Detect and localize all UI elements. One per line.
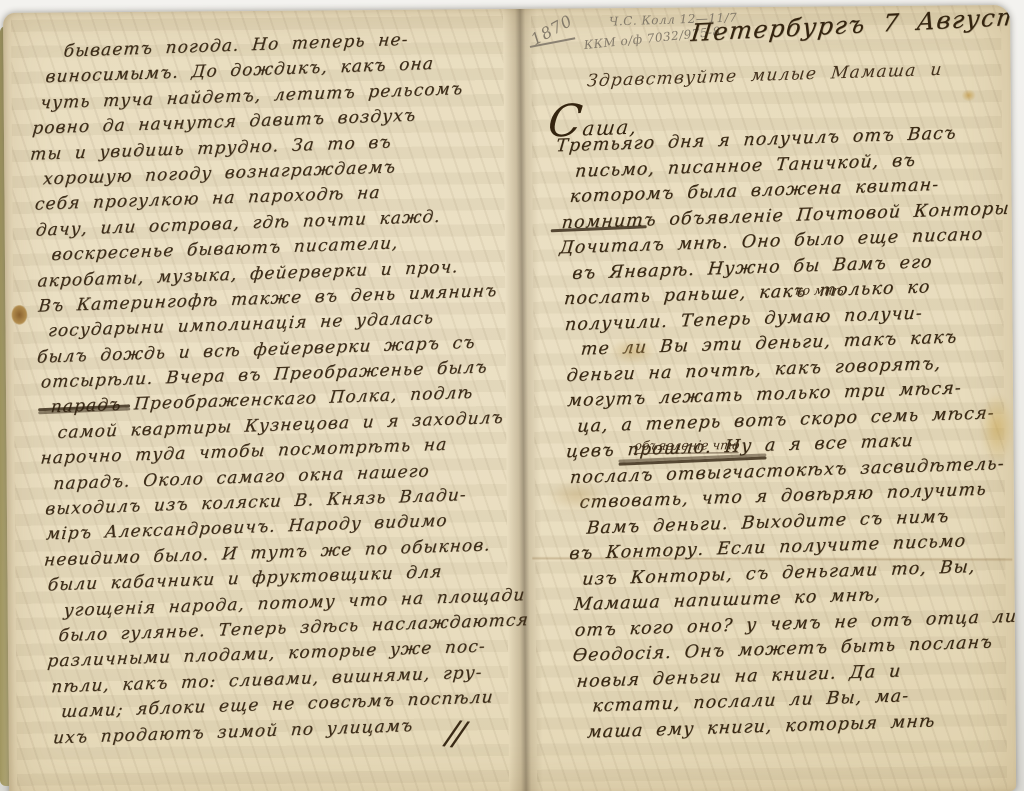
- interline-insertion: ко мнѣ: [794, 282, 844, 297]
- salutation-line: Здравствуйте милые Мамаша и: [586, 60, 944, 92]
- right-page: 1870 Ч.С. Колл 12—11/7 ККМ о/ф 7032/975-…: [543, 8, 1016, 791]
- ink-stain: [11, 305, 27, 325]
- right-page-text: Третьяго дня я получилъ отъ Васъписьмо, …: [559, 119, 1016, 745]
- scan-background: бываетъ погода. Но теперь не-виносимымъ.…: [0, 0, 1024, 791]
- letter-sheet: бываетъ погода. Но теперь не-виносимымъ.…: [3, 5, 1016, 791]
- left-page: бываетъ погода. Но теперь не-виносимымъ.…: [29, 24, 540, 784]
- letter-dateline: Петербургъ 7 Августа.: [690, 5, 1017, 47]
- interline-correction: объявленіе что: [634, 437, 741, 454]
- left-page-text: бываетъ погода. Но теперь не-виносимымъ.…: [29, 24, 539, 751]
